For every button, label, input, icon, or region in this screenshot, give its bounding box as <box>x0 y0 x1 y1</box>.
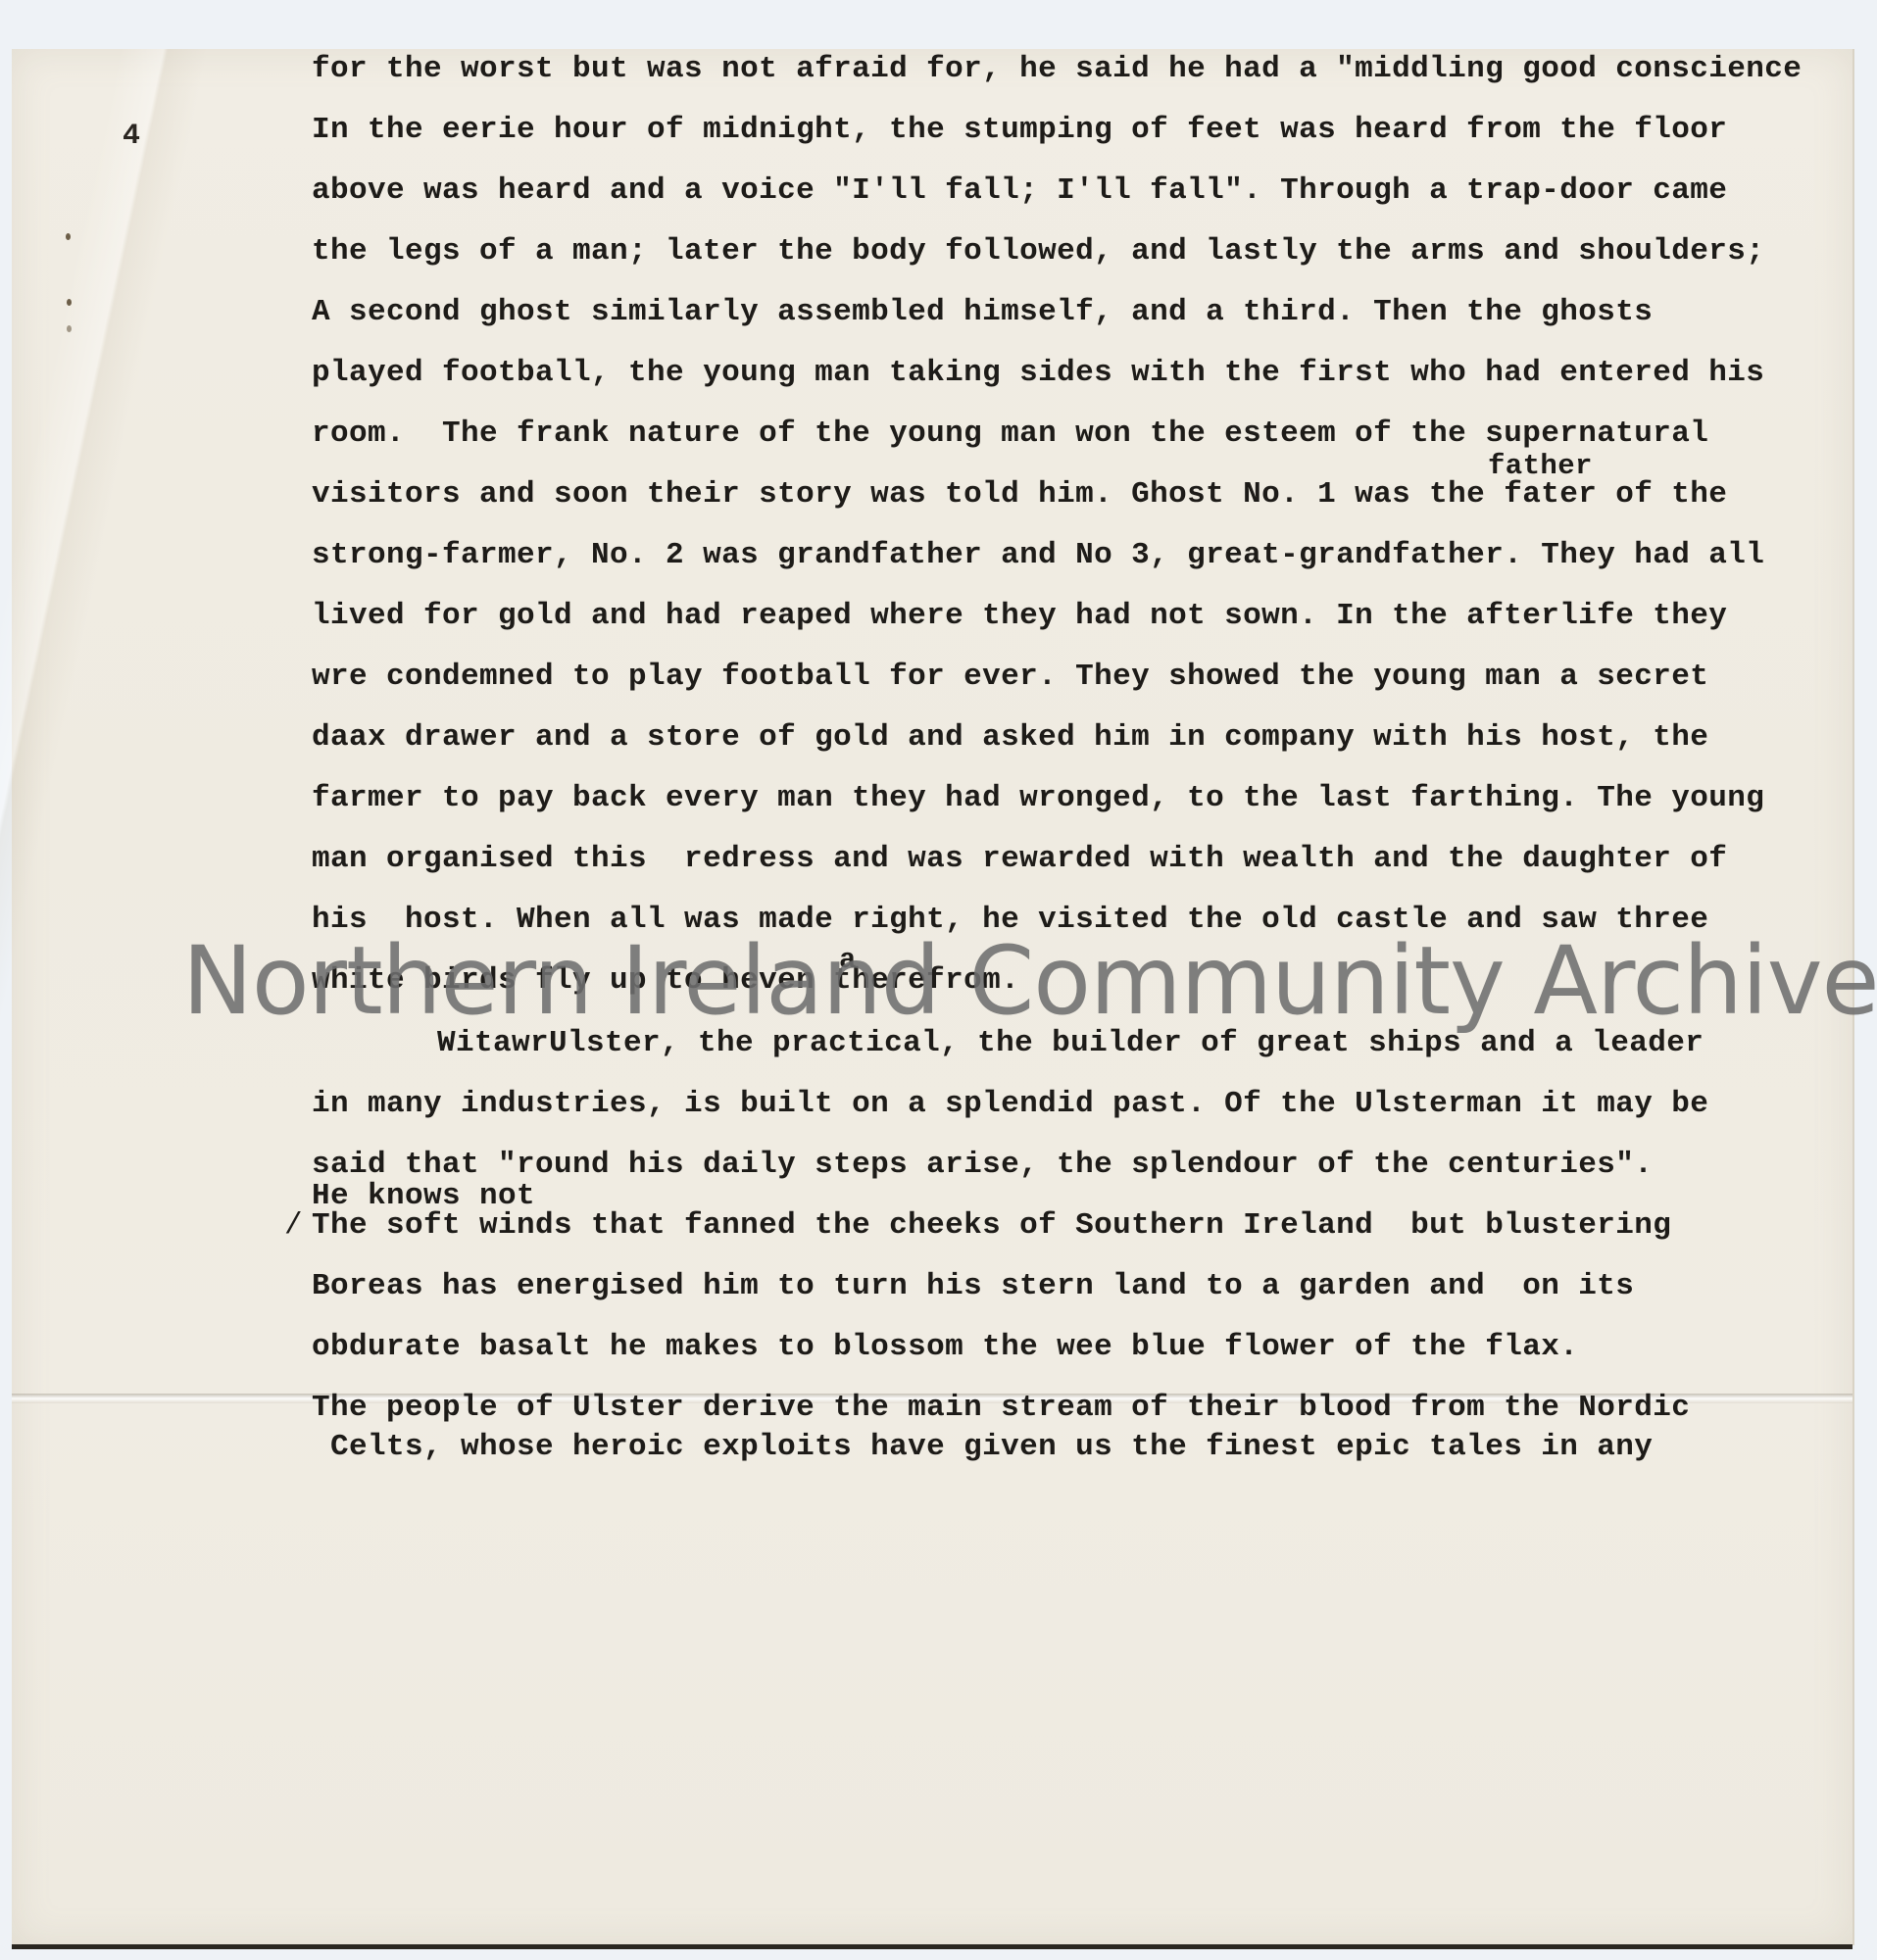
text-line: farmer to pay back every man they had wr… <box>312 783 1764 813</box>
text-line: the legs of a man; later the body follow… <box>312 236 1764 267</box>
inserted-line: He knows not <box>312 1181 535 1211</box>
text-line: In the eerie hour of midnight, the stump… <box>312 115 1727 145</box>
text-line: his host. When all was made right, he vi… <box>312 905 1708 935</box>
text-line: man organised this redress and was rewar… <box>312 844 1727 874</box>
page-bottom-edge <box>12 1944 1852 1949</box>
text-line: strong-farmer, No. 2 was grandfather and… <box>312 540 1764 570</box>
margin-insertion-mark: / <box>284 1210 303 1241</box>
text-line: daax drawer and a store of gold and aske… <box>312 722 1708 753</box>
text-line: for the worst but was not afraid for, he… <box>312 54 1802 84</box>
paper-fold <box>0 49 208 1813</box>
text-line: above was heard and a voice "I'll fall; … <box>312 175 1727 206</box>
text-line: in many industries, is built on a splend… <box>312 1089 1708 1119</box>
text-line: said that "round his daily steps arise, … <box>312 1150 1653 1180</box>
punch-hole-mark <box>66 233 71 240</box>
text-line: Boreas has energised him to turn his ste… <box>312 1271 1634 1301</box>
paragraph-start-line: WitawrUlster, the practical, the builder… <box>437 1028 1704 1058</box>
punch-hole-mark <box>67 299 72 306</box>
text-line: obdurate basalt he makes to blossom the … <box>312 1332 1578 1362</box>
text-line: room. The frank nature of the young man … <box>312 418 1708 449</box>
punch-hole-mark <box>67 325 72 332</box>
text-line: lived for gold and had reaped where they… <box>312 601 1727 631</box>
text-line: visitors and soon their story was told h… <box>312 479 1727 510</box>
text-line: The soft winds that fanned the cheeks of… <box>312 1210 1671 1241</box>
text-line: played football, the young man taking si… <box>312 358 1764 388</box>
text-line: white birds fly up to heven therefrom. <box>312 965 1019 996</box>
text-line: The people of Ulster derive the main str… <box>312 1393 1690 1423</box>
page-number: 4 <box>123 120 140 153</box>
text-line: wre condemned to play football for ever.… <box>312 661 1708 692</box>
text-line: A second ghost similarly assembled himse… <box>312 297 1653 327</box>
text-line: Celts, whose heroic exploits have given … <box>312 1432 1653 1462</box>
